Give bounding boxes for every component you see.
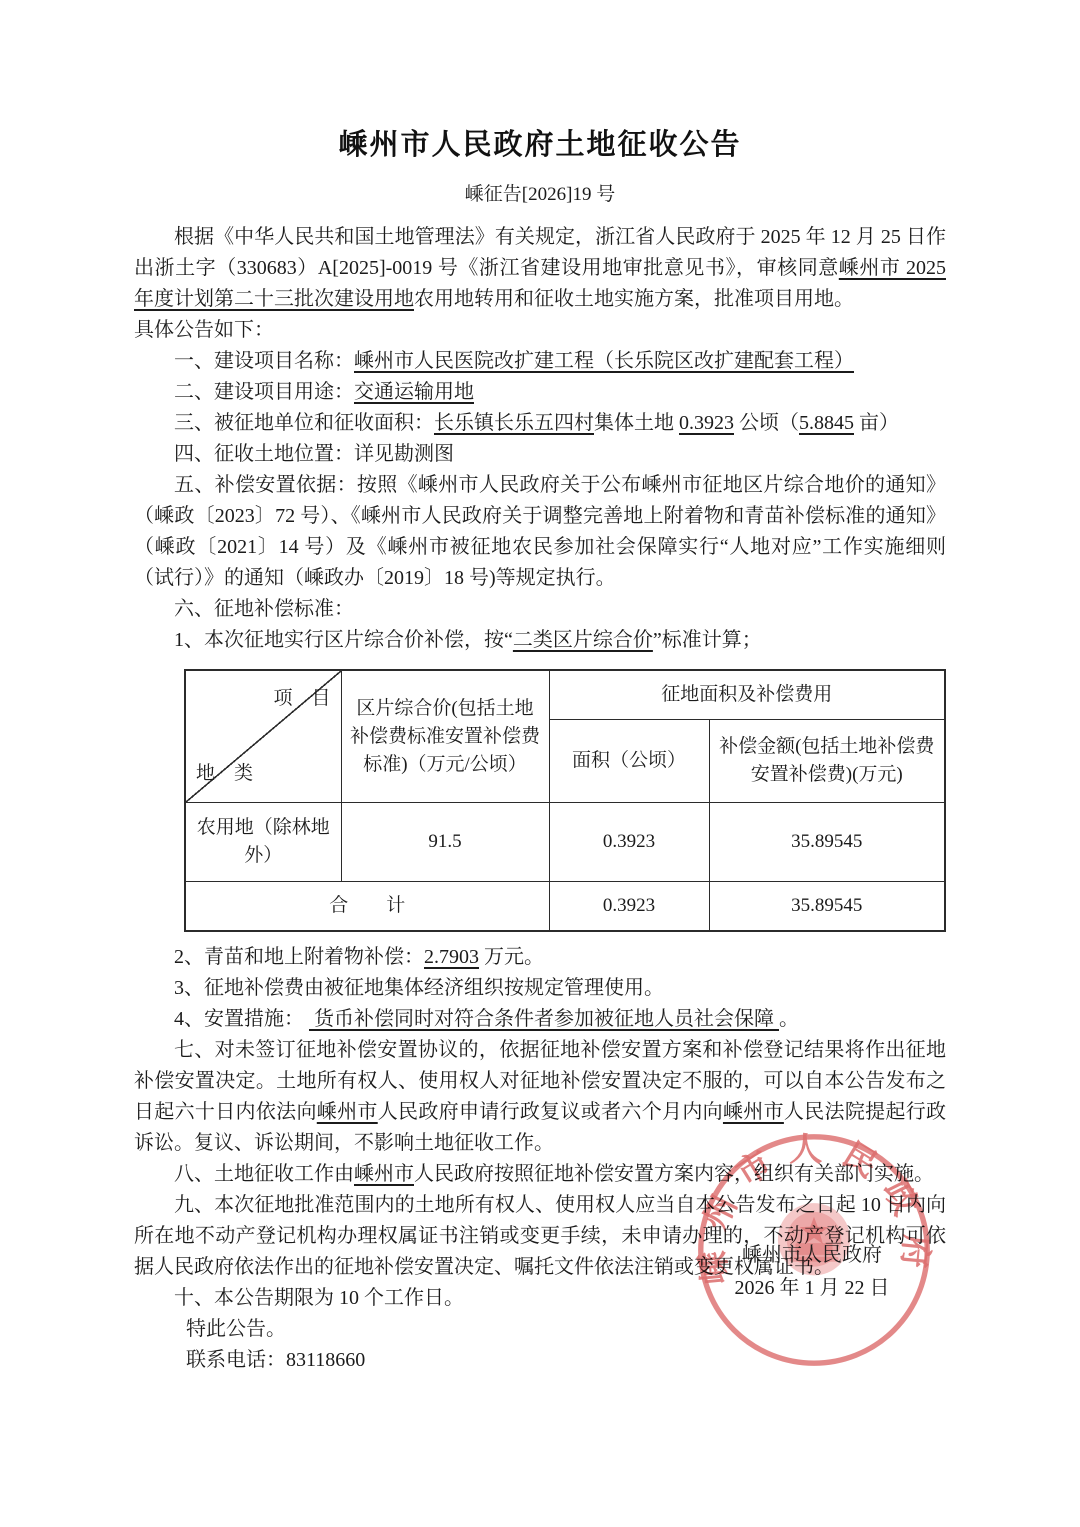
item-5-basis: 五、补偿安置依据：按照《嵊州市人民政府关于公布嵊州市征地区片综合地价的通知》（嵊…: [134, 470, 946, 594]
table-header-amount: 补偿金额(包括土地补偿费安置补偿费)(万元): [709, 720, 945, 803]
item-3-text-3: 亩）: [854, 412, 899, 434]
item-1-value: 嵊州市人民医院改扩建工程（长乐院区改扩建配套工程）: [354, 350, 854, 372]
sub-1-price-class: 二类区片综合价: [513, 629, 653, 651]
item-4-location: 四、征收土地位置：详见勘测图: [134, 439, 946, 470]
signature-date: 2026 年 1 月 22 日: [672, 1272, 952, 1305]
item-3-text-1: 集体土地: [594, 412, 679, 434]
cell-amount: 35.89545: [709, 803, 945, 882]
corner-label-landtype: 地 类: [196, 760, 253, 788]
table-header-area: 面积（公顷）: [549, 720, 709, 803]
sub-4-text-1: 4、安置措施：: [174, 1008, 309, 1030]
intro-paragraph: 根据《中华人民共和国土地管理法》有关规定，浙江省人民政府于 2025 年 12 …: [134, 222, 946, 315]
item-3-text-2: 公顷（: [734, 412, 799, 434]
sub-2-text-2: 万元。: [479, 946, 544, 968]
intro-text-1: 根据《中华人民共和国土地管理法》有关规定，浙江省人民政府于 2025 年 12 …: [134, 226, 946, 279]
intro-lead: 具体公告如下：: [134, 315, 946, 346]
cell-total-amount: 35.89545: [709, 882, 945, 932]
item-2-project-use: 二、建设项目用途：交通运输用地: [134, 377, 946, 408]
item-6-sub-2: 2、青苗和地上附着物补偿：2.7903 万元。: [134, 942, 946, 973]
table-total-row: 合 计 0.3923 35.89545: [185, 882, 945, 932]
item-1-project-name: 一、建设项目名称：嵊州市人民医院改扩建工程（长乐院区改扩建配套工程）: [134, 346, 946, 377]
doc-number: 嵊征告[2026]19 号: [134, 179, 946, 206]
table-header-group: 征地面积及补偿费用: [549, 670, 945, 720]
item-8-city: 嵊州市: [354, 1163, 414, 1185]
item-3-label: 三、被征地单位和征收面积：: [174, 412, 434, 434]
item-2-label: 二、建设项目用途：: [174, 381, 354, 403]
table-row: 农用地（除林地外） 91.5 0.3923 35.89545: [185, 803, 945, 882]
item-2-value: 交通运输用地: [354, 381, 474, 403]
table-corner-cell: 项 目 地 类: [185, 670, 341, 803]
sub-2-seedling-value: 2.7903: [424, 946, 479, 968]
sub-4-measure: 货币补偿同时对符合条件者参加被征地人员社会保障: [309, 1008, 779, 1030]
page-title: 嵊州市人民政府土地征收公告: [134, 122, 946, 163]
item-1-label: 一、建设项目名称：: [174, 350, 354, 372]
signature-block: 嵊州市人民政府 2026 年 1 月 22 日: [672, 1239, 952, 1305]
sub-4-text-2: 。: [779, 1008, 799, 1030]
document-page: 嵊州市人民政府土地征收公告 嵊征告[2026]19 号 根据《中华人民共和国土地…: [0, 0, 1080, 1527]
sub-1-text-1: 1、本次征地实行区片综合价补偿，按“: [174, 629, 513, 651]
item-6-sub-1: 1、本次征地实行区片综合价补偿，按“二类区片综合价”标准计算；: [134, 625, 946, 656]
intro-text-2: 农用地转用和征收土地实施方案，批准项目用地。: [414, 288, 854, 310]
cell-land-type: 农用地（除林地外）: [185, 803, 341, 882]
item-8-text-1: 八、土地征收工作由: [174, 1163, 354, 1185]
compensation-table: 项 目 地 类 区片综合价(包括土地补偿费标准安置补偿费标准)（万元/公顷） 征…: [184, 669, 946, 932]
corner-label-project: 项 目: [273, 685, 330, 713]
item-6-sub-4: 4、安置措施： 货币补偿同时对符合条件者参加被征地人员社会保障 。: [134, 1004, 946, 1035]
item-3-hectares: 0.3923: [679, 412, 734, 434]
item-3-unit-area: 三、被征地单位和征收面积：长乐镇长乐五四村集体土地 0.3923 公顷（5.88…: [134, 408, 946, 439]
sub-1-text-2: ”标准计算；: [653, 629, 762, 651]
table-header-price: 区片综合价(包括土地补偿费标准安置补偿费标准)（万元/公顷）: [341, 670, 549, 803]
cell-price: 91.5: [341, 803, 549, 882]
item-7-city-2: 嵊州市: [723, 1101, 784, 1123]
sub-2-text-1: 2、青苗和地上附着物补偿：: [174, 946, 424, 968]
cell-total-area: 0.3923: [549, 882, 709, 932]
item-6-standard: 六、征地补偿标准：: [134, 594, 946, 625]
cell-total-label: 合 计: [185, 882, 549, 932]
item-3-village: 长乐镇长乐五四村: [434, 412, 594, 434]
item-7-text-2: 人民政府申请行政复议或者六个月内向: [378, 1101, 723, 1123]
item-3-mu: 5.8845: [799, 412, 854, 434]
signature-issuer: 嵊州市人民政府: [672, 1239, 952, 1272]
item-6-sub-3: 3、征地补偿费由被征地集体经济组织按规定管理使用。: [134, 973, 946, 1004]
cell-area: 0.3923: [549, 803, 709, 882]
item-7-city-1: 嵊州市: [317, 1101, 378, 1123]
